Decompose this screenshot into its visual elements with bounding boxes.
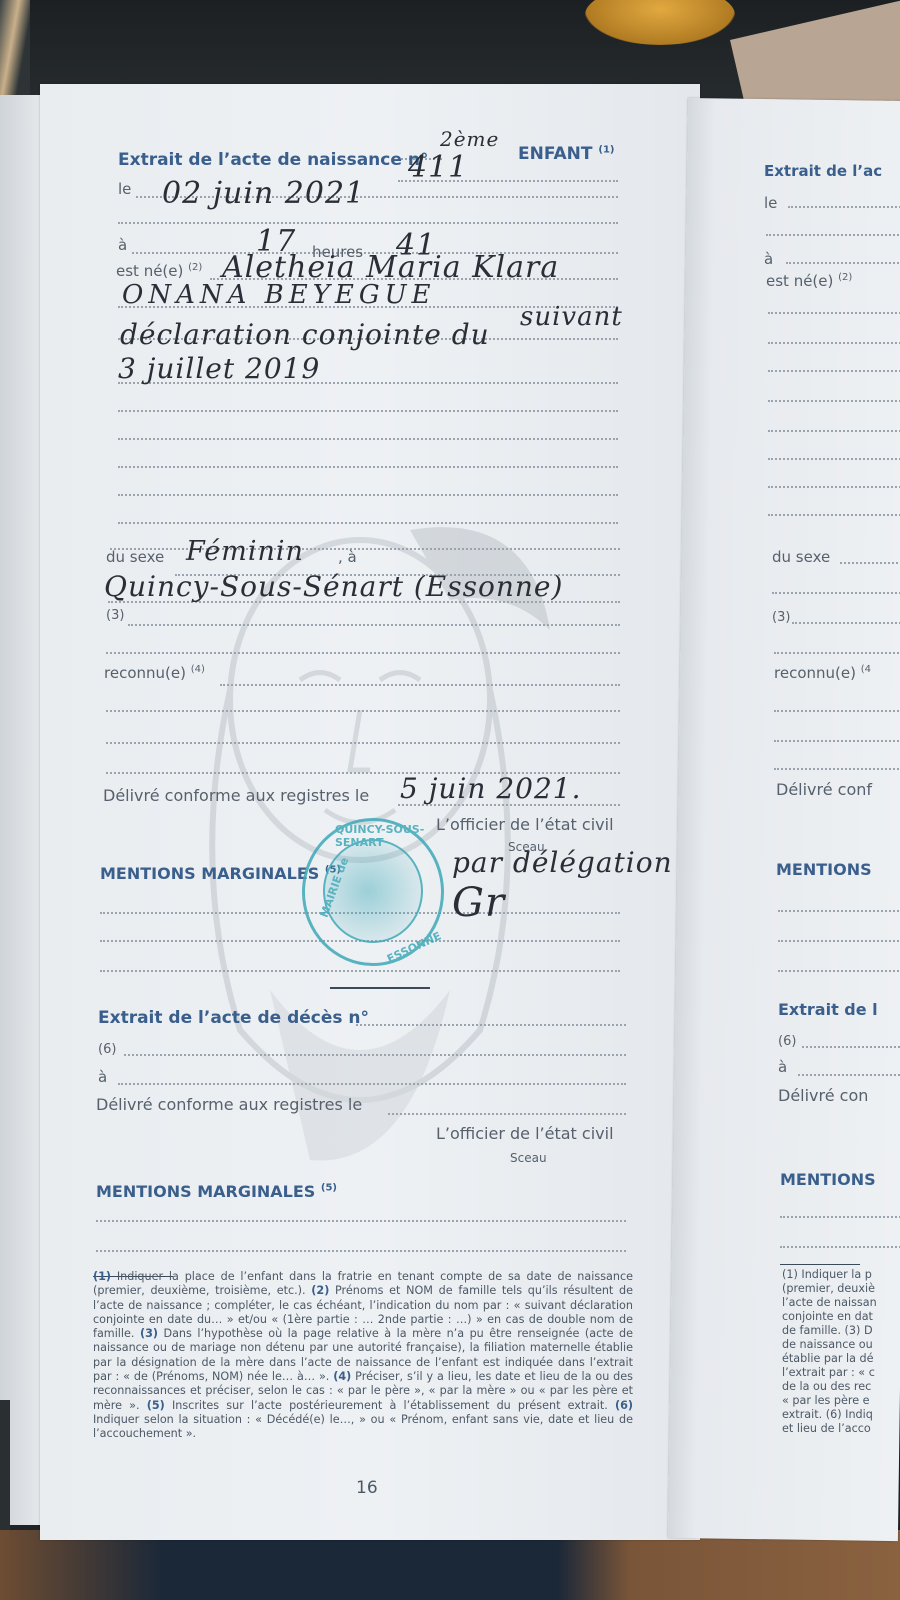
background-bottom [0,1530,900,1600]
note6-label: (6) [98,1042,116,1057]
right-delivre2-label: Délivré con [778,1086,868,1105]
right-birth-title: Extrait de l’ac [764,162,882,180]
child-surname-handwritten: ONANA BEYEGUE [122,280,436,310]
right-footnotes: (1) Indiquer la p (premier, deuxiè l’act… [782,1268,900,1436]
stamp-top-text: QUINCY-SOUS-SENART [335,823,441,849]
background-left-object [0,0,30,100]
right-line [768,400,900,402]
sexe-handwritten: Féminin [186,536,304,567]
right-delivre-label: Délivré conf [776,780,872,799]
right-line [768,312,900,314]
birth-extract-title: Extrait de l’acte de naissance n° [118,150,428,170]
right-line [774,740,900,742]
death-a-label: à [98,1068,107,1086]
right-line [778,940,900,942]
mairie-stamp: QUINCY-SOUS-SENART MAIRIE de ESSONNE [302,818,444,966]
death-mentions-line [96,1250,626,1252]
right-line [792,622,900,624]
reconnu-label: reconnu(e) (4) [104,664,205,682]
death-extract-title: Extrait de l’acte de décès n° [98,1008,369,1028]
right-page-content: Extrait de l’ac le à est né(e) (2) du se… [700,100,900,1540]
delivre-label: Délivré conforme aux registres le [103,786,369,805]
right-est-nee-label: est né(e) (2) [766,272,852,290]
officier-label: L’officier de l’état civil [436,815,614,834]
right-line [802,1046,900,1048]
right-reconnu-label: reconnu(e) (4 [774,664,871,682]
right-le-label: le [764,194,777,212]
right-line [772,592,900,594]
right-mentions-label: MENTIONS [776,860,872,879]
right-a2-label: à [778,1058,787,1076]
right-death-title: Extrait de l [778,1000,878,1019]
right-line [786,262,900,264]
note3-label: (3) [106,608,124,623]
note3-field-line [128,624,620,626]
est-nee-label: est né(e) (2) [116,262,202,280]
act-number-handwritten: 411 [408,150,468,185]
blank-line [106,710,620,712]
death-a-line [118,1083,626,1085]
a-label: à [118,236,127,254]
reconnu-field-line [220,684,620,686]
booklet-left-edge [0,95,42,1525]
right-line [768,514,900,516]
right-line [768,430,900,432]
right-line [840,562,900,564]
death-officier-label: L’officier de l’état civil [436,1124,614,1143]
section-divider [330,987,430,989]
right-line [768,486,900,488]
blank-line [118,222,618,224]
blank-line [118,438,618,440]
right-mentions2-label: MENTIONS [780,1170,876,1189]
right-line [798,1074,900,1076]
right-line [774,768,900,770]
death-sceau-label: Sceau [510,1151,547,1165]
blank-line [106,742,620,744]
right-note6-label: (6) [778,1034,796,1049]
death-note6-line [124,1054,626,1056]
right-line [774,710,900,712]
blank-line [118,466,618,468]
le-label: le [118,180,131,198]
death-delivre-line [388,1113,626,1115]
right-footnote-rule [780,1264,860,1265]
right-line [778,910,900,912]
suivant-handwritten: suivant [520,302,623,332]
blank-line [106,652,620,654]
page-number: 16 [356,1478,378,1498]
right-sexe-label: du sexe [772,548,830,566]
footnotes: (1) Indiquer la place de l’enfant dans l… [93,1270,633,1442]
right-note3-label: (3) [772,610,790,625]
blank-line [118,494,618,496]
death-mentions-line [96,1220,626,1222]
birth-place-handwritten: Quincy-Sous-Sénart (Essonne) [104,570,563,603]
declaration-handwritten: déclaration conjointe du [120,318,490,351]
mentions-line [100,970,620,972]
child-rank-label: ENFANT (1) [518,144,615,164]
sexe-label: du sexe [106,548,164,566]
death-act-number-line [356,1024,626,1026]
delivre-date-handwritten: 5 juin 2021. [400,772,581,805]
right-line [780,1216,900,1218]
signature-text-handwritten: par délégation [452,846,673,879]
right-line [778,970,900,972]
right-a-label: à [764,250,773,268]
right-line [788,206,900,208]
death-mentions-label: MENTIONS MARGINALES (5) [96,1182,337,1201]
right-line [780,1246,900,1248]
right-line [768,370,900,372]
signature-initials-handwritten: Gr [452,880,505,926]
right-line [768,458,900,460]
right-line [766,234,900,236]
blank-line [118,522,618,524]
blank-line [118,410,618,412]
death-delivre-label: Délivré conforme aux registres le [96,1095,362,1114]
child-rank-handwritten: 2ème [440,127,499,151]
a-comma-label: , à [338,548,357,566]
booklet-left-shadow [0,1400,10,1530]
right-line [774,652,900,654]
birth-date-handwritten: 02 juin 2021 [162,176,365,211]
right-line [768,342,900,344]
declaration-date-handwritten: 3 juillet 2019 [118,352,320,385]
